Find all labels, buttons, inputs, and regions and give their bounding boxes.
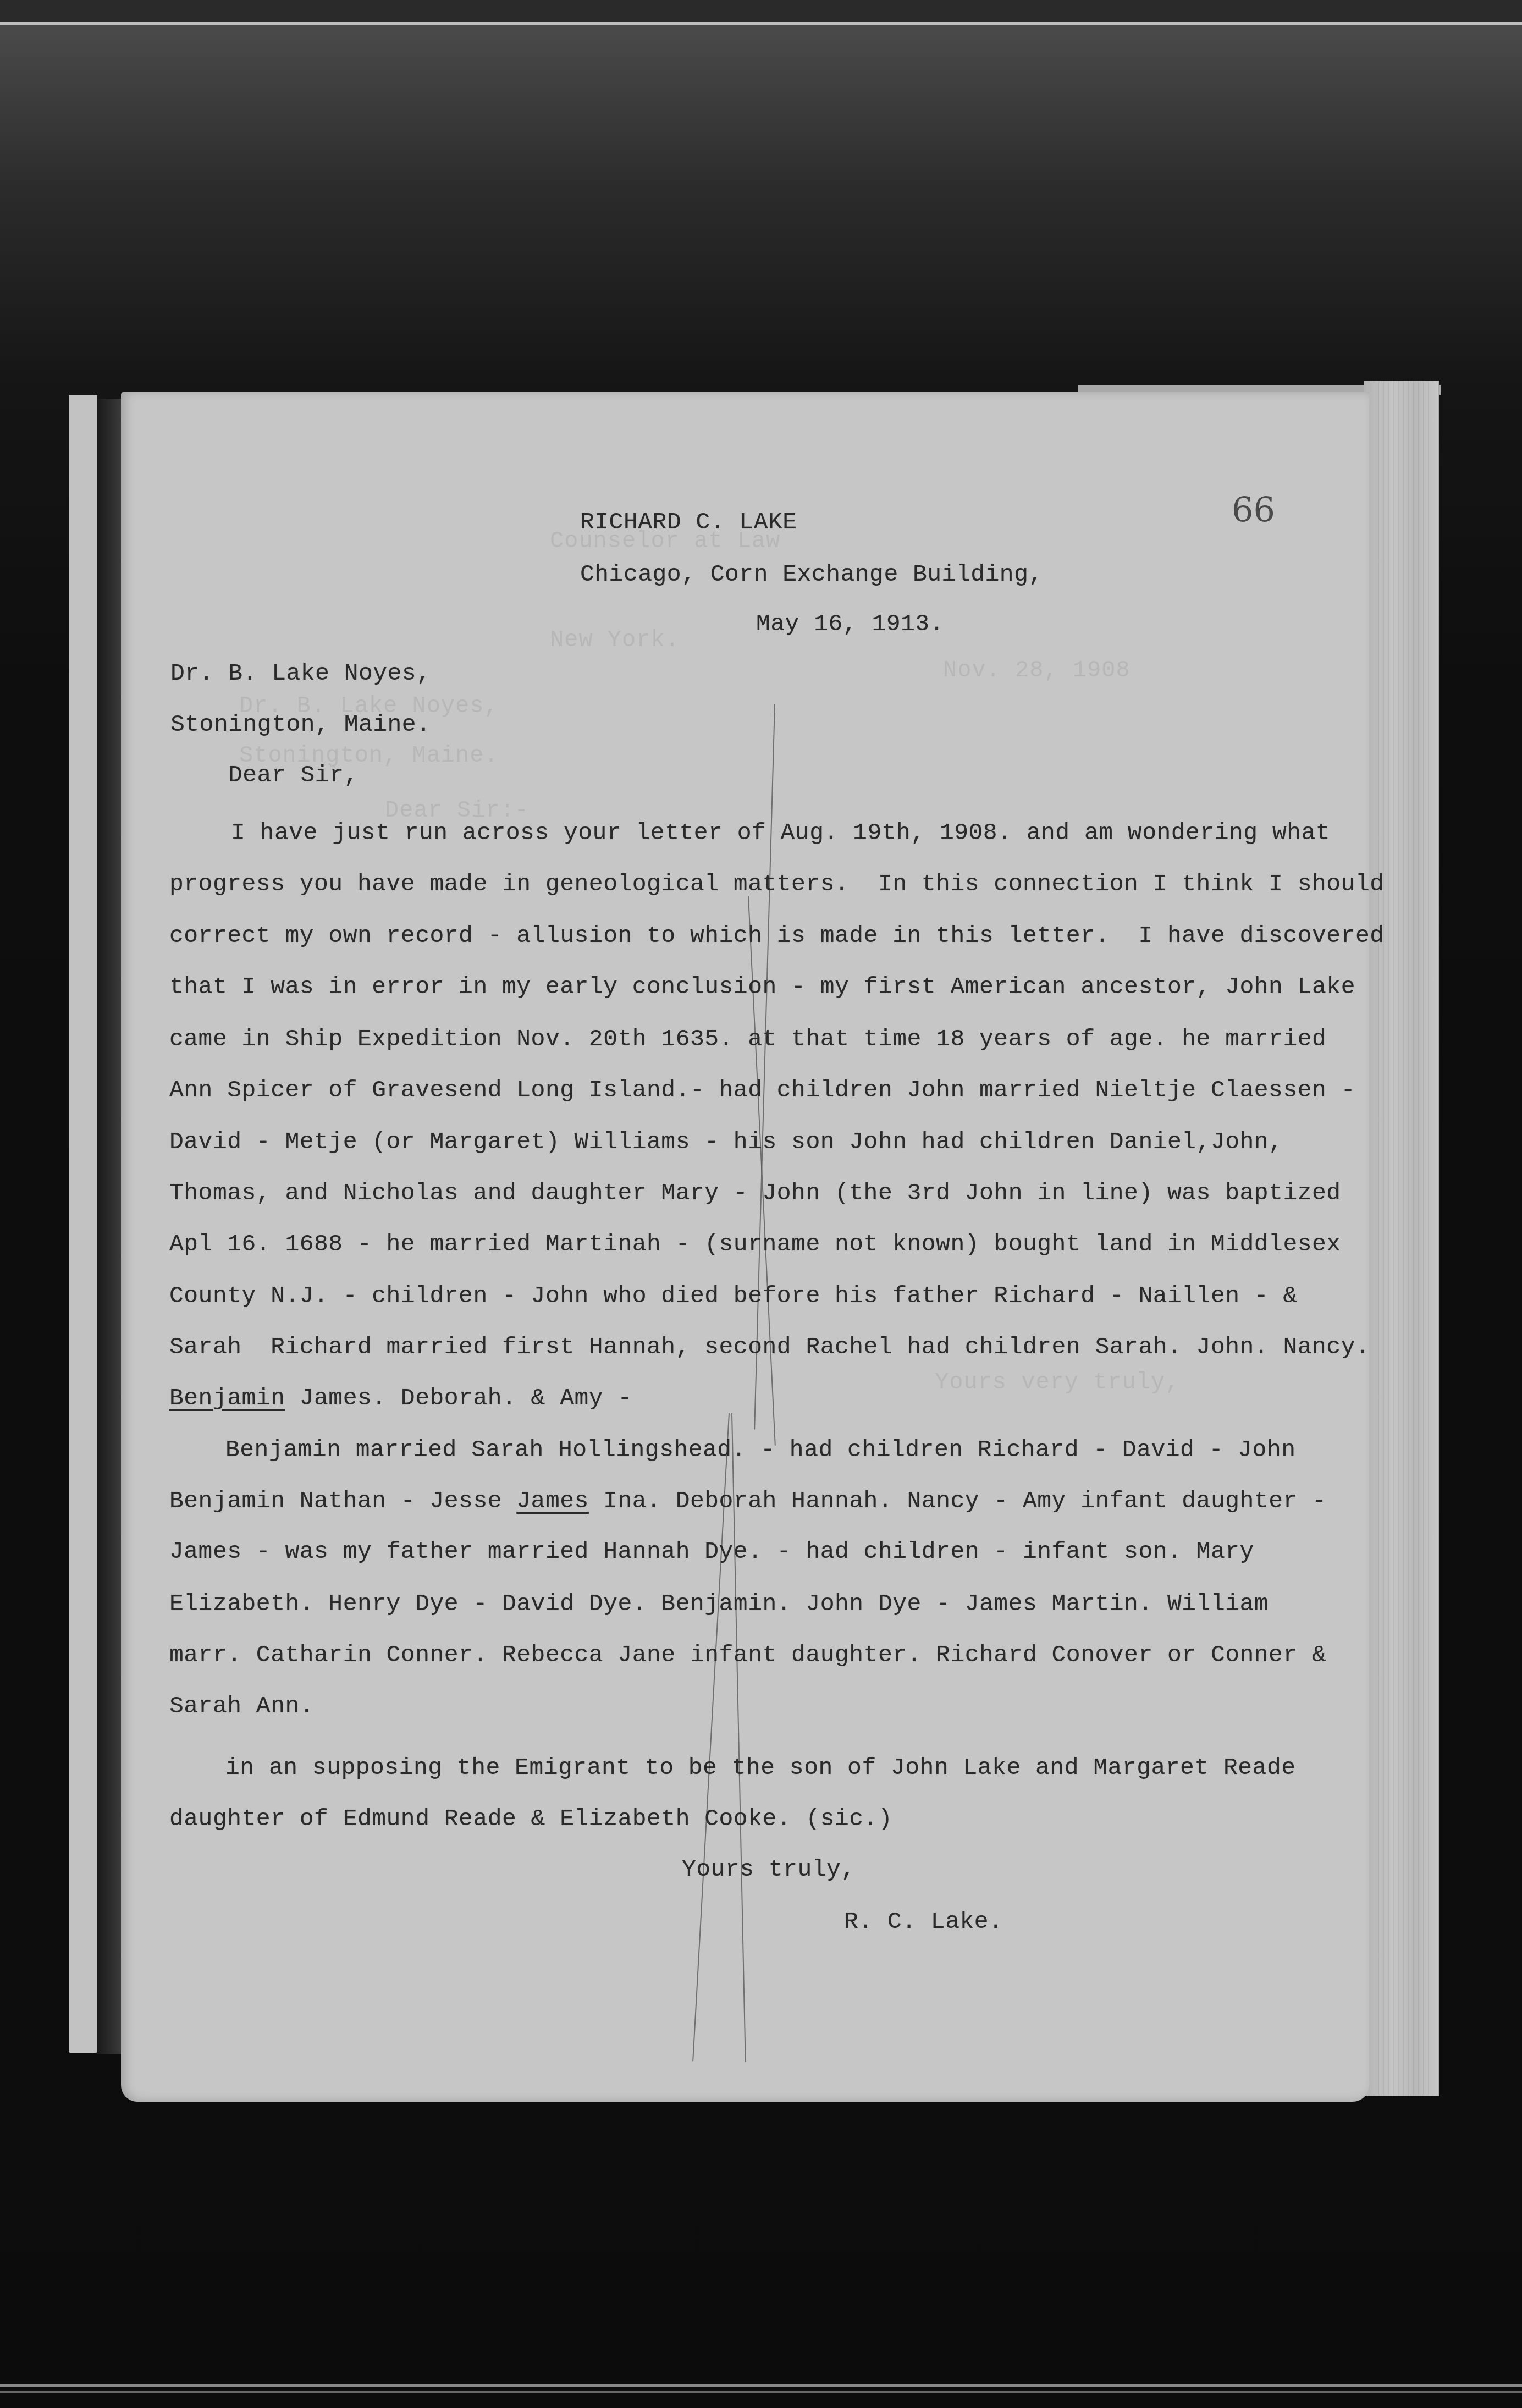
body-line: Thomas, and Nicholas and daughter Mary -… (169, 1180, 1341, 1206)
signature: R. C. Lake. (844, 1908, 1003, 1935)
body-line: came in Ship Expedition Nov. 20th 1635. … (169, 1026, 1326, 1053)
body-line: Benjamin married Sarah Hollingshead. - h… (225, 1436, 1296, 1463)
body-line: Sarah Ann. (169, 1693, 314, 1720)
body-line: in an supposing the Emigrant to be the s… (225, 1754, 1296, 1781)
letterhead-name: RICHARD C. LAKE (580, 509, 797, 536)
body-line: David - Metje (or Margaret) Williams - h… (169, 1128, 1283, 1155)
body-line: I have just run across your letter of Au… (231, 819, 1330, 846)
body-line: correct my own record - allusion to whic… (169, 922, 1385, 949)
closing: Yours truly, (682, 1856, 856, 1883)
body-line: Benjamin Nathan - Jesse James Ina. Debor… (169, 1487, 1326, 1514)
body-line: Ann Spicer of Gravesend Long Island.- ha… (169, 1077, 1355, 1104)
recipient-name: Dr. B. Lake Noyes, (170, 660, 431, 687)
body-line: Sarah Richard married first Hannah, seco… (169, 1334, 1370, 1360)
letter-date: May 16, 1913. (756, 610, 944, 637)
letterhead-address: Chicago, Corn Exchange Building, (580, 561, 1043, 588)
body-line: Benjamin James. Deborah. & Amy - (169, 1385, 632, 1412)
body-line: County N.J. - children - John who died b… (169, 1282, 1298, 1309)
recipient-location: Stonington, Maine. (170, 711, 431, 738)
body-line: Apl 16. 1688 - he married Martinah - (su… (169, 1231, 1341, 1258)
body-line: daughter of Edmund Reade & Elizabeth Coo… (169, 1805, 892, 1832)
body-line: that I was in error in my early conclusi… (169, 973, 1355, 1000)
typed-letter: 66 RICHARD C. LAKE Chicago, Corn Exchang… (0, 0, 1522, 2408)
body-line: James - was my father married Hannah Dye… (169, 1538, 1254, 1565)
underlined-name: James (516, 1487, 589, 1514)
body-line: marr. Catharin Conner. Rebecca Jane infa… (169, 1641, 1326, 1668)
body-line: Elizabeth. Henry Dye - David Dye. Benjam… (169, 1590, 1269, 1617)
body-line: progress you have made in geneological m… (169, 870, 1385, 897)
underlined-name: Benjamin (169, 1385, 285, 1412)
salutation: Dear Sir, (228, 762, 359, 789)
page-number: 66 (1232, 489, 1275, 530)
